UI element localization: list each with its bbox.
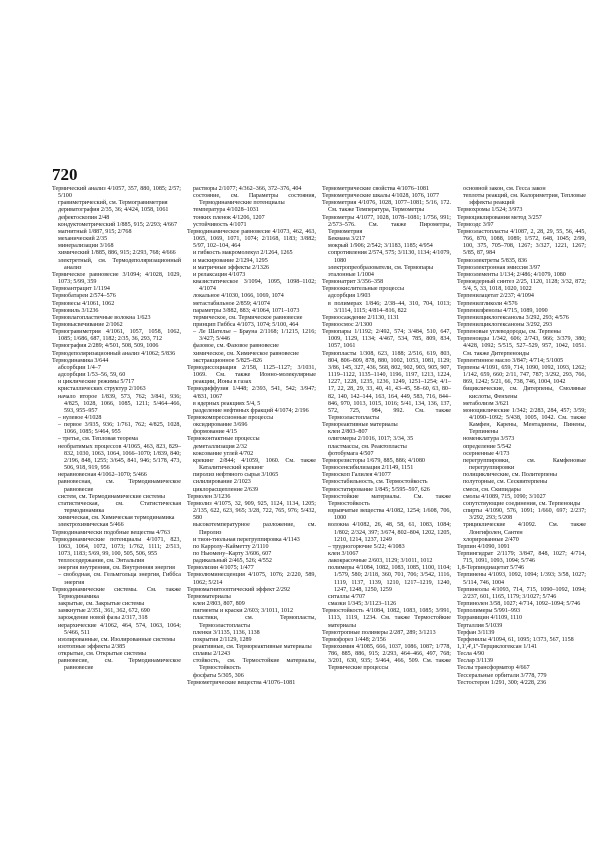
index-subentry: и циклические режимы 5/717: [52, 379, 181, 386]
index-subentry: метаболизм 3/621: [457, 401, 586, 408]
index-column-2: растворы 2/1077; 4/362–366, 372–376, 404…: [187, 186, 316, 687]
index-subentry: клеи 2/803–807: [322, 429, 451, 436]
index-subentry: стойкость, см. Термостойкие материалы, Т…: [187, 658, 316, 672]
index-subentry: – нулевое 4/1028: [52, 415, 181, 422]
index-entry: Термоконтактные процессы: [187, 436, 316, 443]
index-entry: Термодинамические потенциалы 4/1071, 823…: [52, 537, 181, 558]
index-subentry: циклорасщепление 2/639: [187, 487, 316, 494]
index-entry: Теслы трансформатор 4/667: [457, 665, 586, 672]
index-subentry: пигменты и краски 2/603; 3/1011, 1012: [187, 608, 316, 615]
index-entry: Термотропные полимеры 2/287, 289; 3/1213: [322, 630, 451, 637]
index-entry: Терпингидрат 2/1179; 3/847, 848, 1027; 4…: [457, 551, 586, 565]
index-subentry: равновесная, см. Термодинамическое равно…: [52, 479, 181, 493]
index-entry: Термометры 4/1077, 1028, 1078–1081; 1/75…: [322, 215, 451, 236]
index-entry: Термолиз 4/1075, 32, 909, 925, 1124, 113…: [187, 501, 316, 522]
index-subentry: в полимерах 1/846; 2/38–44, 310, 704, 10…: [322, 301, 451, 315]
index-subentry: смолы 4/1089, 715, 1090; 3/1027: [457, 494, 586, 501]
index-entry: Термовесы 4/1061, 1062: [52, 301, 181, 308]
index-entry: Термолен 3/1236: [187, 494, 316, 501]
index-subentry: и тион-тиольная перегруппировка 4/1143: [187, 537, 316, 544]
index-subentry: теплоты реакций, см. Калориметрия, Тепло…: [457, 193, 586, 207]
index-entry: Термоосаждение 2/1130, 1131: [322, 315, 451, 322]
index-entry: 1,8-Терпиндиацетат 5/746: [457, 565, 586, 572]
index-entry: Термодеполяризационный анализ 4/1062; 5/…: [52, 351, 181, 358]
index-entry: Термоэлектреты 5/835, 836: [457, 258, 586, 265]
index-subentry: химическое, см. Химическое равновесие: [187, 351, 316, 358]
index-entry: Термовиль 3/1236: [52, 308, 181, 315]
index-entry: Термоматериалы: [187, 594, 316, 601]
index-entry: Терпенилциклогексанолы 3/292, 293; 4/576: [457, 315, 586, 322]
index-subentry: фотобумага 4/507: [322, 451, 451, 458]
index-entry: Термохимия 4/1085, 666, 1037, 1086, 1087…: [322, 644, 451, 673]
index-subentry: фазовое, см. Фазовое равновесие: [187, 343, 316, 350]
index-entry: Термомагнитооптический эффект 2/292: [187, 587, 316, 594]
index-entry: Термоэлектронная эмиссия 3/97: [457, 265, 586, 272]
index-subentry: коксование углей 4/702: [187, 451, 316, 458]
index-entry: Терпеноиды 1/342, 606; 2/743, 966; 3/379…: [457, 336, 586, 357]
index-subentry: ситаллы 4/707: [322, 594, 451, 601]
index-entry: Терпин 4/1090, 1091: [457, 544, 586, 551]
index-subentry: состояние, см. Параметры состояния, Терм…: [187, 193, 316, 207]
index-subentry: кристаллических структур 2/1063: [52, 386, 181, 393]
index-entry: Терпинены 4/1093, 1092, 1094; 1/393; 3/5…: [457, 572, 586, 586]
index-column-1: Термический анализ 4/1057, 357, 880, 108…: [52, 186, 181, 687]
index-subentry: химический 1/885, 886, 915; 2/293, 768; …: [52, 250, 181, 257]
index-subentry: химическая, см. Химическая термодинамика: [52, 515, 181, 522]
index-subentry: трициклические 4/1092. См. также Лонгифо…: [457, 522, 586, 536]
index-subentry: электретный, см. Термодеполяризационный …: [52, 258, 181, 272]
index-subentry: – третье, см. Тепловая теорема: [52, 436, 181, 443]
index-subentry: сопутствующие соединения, см. Терпеноиды: [457, 501, 586, 508]
index-subentry: смеси, см. Скипидары: [457, 487, 586, 494]
index-subentry: принцип Гиббса 4/1073, 1074; 5/100, 464: [187, 322, 316, 329]
index-subentry: теплосодержание, см. Энтальпия: [52, 558, 181, 565]
index-subentry: покрытия 2/1129, 1289: [187, 637, 316, 644]
index-entry: Терпинеолы 4/1093, 714, 715, 1090–1092, …: [457, 587, 586, 601]
index-subentry: радикальный 2/465, 526; 4/552: [187, 558, 316, 565]
index-subentry: в ядерных реакциях 5/4, 5: [187, 401, 316, 408]
page-number: 720: [52, 165, 78, 185]
index-entry: Термоэлементы 1/134; 2/486; 4/1079, 1080: [457, 272, 586, 279]
index-entry: Тессеральные орбитали 3/778, 779: [457, 673, 586, 680]
index-entry: Термодиссоциация 2/158, 1125–1127; 3/103…: [187, 365, 316, 386]
index-entry: Термоциклирования метод 3/257: [457, 215, 586, 222]
index-entry: Термоэластопласты 4/1087, 2, 28, 29, 55,…: [457, 229, 586, 258]
index-entry: Торрамицин 4/1109, 1110: [457, 615, 586, 622]
index-entry: Термокомпрессионные процессы: [187, 415, 316, 422]
index-entry: Термометрические шкалы 4/1028, 1076, 107…: [322, 193, 451, 200]
index-entry: Термическое равновесие 3/1094; 4/1028, 1…: [52, 272, 181, 286]
index-subentry: температура 4/1028–1031: [187, 207, 316, 214]
index-subentry: и матричные эффекты 2/1326: [187, 265, 316, 272]
index-subentry: пластики, см. Термопласты, Термоэластопл…: [187, 615, 316, 629]
index-subentry: закрытые, см. Закрытые системы: [52, 601, 181, 608]
index-entry: Термопласты 1/308, 623, 1188; 2/516, 619…: [322, 351, 451, 423]
index-subentry: устойчивость 4/1071: [187, 222, 316, 229]
index-subentry: полициклические, см. Политерпены: [457, 472, 586, 479]
index-subentry: абсорбции 1/4–7: [52, 365, 181, 372]
index-subentry: адсорбция 1/903: [322, 293, 451, 300]
index-subentry: экстракционное 5/825–826: [187, 358, 316, 365]
index-subentry: и релаксация 4/1073: [187, 272, 316, 279]
index-entry: Термореактивные материалы: [322, 422, 451, 429]
index-entry: Терпеновые углеводороды, см. Терпены: [457, 329, 586, 336]
index-subentry: пиролиз нефтяного сырья 3/1065: [187, 472, 316, 479]
index-subentry: перегруппировки, см. Камфеновые перегруп…: [457, 458, 586, 472]
index-subentry: систем, см. Термодинамические системы: [52, 494, 181, 501]
index-entry: Тесла 4/90: [457, 651, 586, 658]
index-subentry: реактивные, см. Термореактивные материал…: [187, 644, 316, 651]
index-subentry: клеи 2/803, 807, 809: [187, 601, 316, 608]
index-entry: Термостойкость 4/1084, 1082, 1083, 1085;…: [322, 608, 451, 629]
index-subentry: растворы 2/1077; 4/362–366, 372–376, 404: [187, 186, 316, 193]
index-entry: Терпенилгликоли 4/576: [457, 301, 586, 308]
index-subentry: пленки 3/1135, 1136, 1138: [187, 630, 316, 637]
index-subentry: фосфаты 5/305, 306: [187, 673, 316, 680]
index-subentry: кондуктометрический 1/885, 915; 2/293; 4…: [52, 222, 181, 229]
index-subentry: электропреобразователи, см. Термопары: [322, 265, 451, 272]
index-entry: Термометрические свойства 4/1076–1081: [322, 186, 451, 193]
index-entry: Терпенилацетат 2/237; 4/1094: [457, 293, 586, 300]
index-subentry: сопротивления 2/574, 575; 3/1130, 1134; …: [322, 250, 451, 264]
index-subentry: термическое, см. Термическое равновесие: [187, 315, 316, 322]
index-subentry: квазистатическое 3/1094, 1095, 1098–1102…: [187, 279, 316, 293]
index-subentry: бициклические, см. Дитерпены, Смоляные к…: [457, 386, 586, 400]
index-entry: Термодинамика 3/644: [52, 358, 181, 365]
index-entry: Термодинамически подобные вещества 4/763: [52, 530, 181, 537]
index-subentry: высокотемпературное разложение, см. Пиро…: [187, 522, 316, 536]
index-subentry: разделение нефтяных фракций 4/1074; 2/19…: [187, 408, 316, 415]
index-subentry: открытые, см. Открытые системы: [52, 651, 181, 658]
index-subentry: и гибкость макромолекул 2/1264, 1265: [187, 250, 316, 257]
index-entry: Термобатареи 2/574–576: [52, 293, 181, 300]
index-subentry: равновесие, см. Термодинамическое равнов…: [52, 658, 181, 672]
index-subentry: лакокрасочные 2/603, 1129; 3/1011, 1012: [322, 558, 451, 565]
index-subentry: начало второе 1/839, 573, 762; 3/841, 93…: [52, 394, 181, 415]
index-entry: Терпены 4/1091, 659, 714, 1090, 1092, 10…: [457, 365, 586, 386]
index-entry: Терфенилы 4/1094, 61, 1095; 1/373, 567, …: [457, 637, 586, 644]
index-entry: Терполимеры 5/991–993: [457, 608, 586, 615]
index-subentry: дефектоскопия 2/48: [52, 215, 181, 222]
index-subentry: механический 2/35: [52, 236, 181, 243]
index-column-3: Термометрические свойства 4/1076–1081Тер…: [322, 186, 451, 687]
index-subentry: мокрый 1/906; 2/542; 3/1183, 1185; 4/954: [322, 243, 451, 250]
index-subentry: – свободная, см. Гельмгольца энергия, Ги…: [52, 572, 181, 586]
index-entry: Термолюминесценция 4/1075, 1076; 2/220, …: [187, 572, 316, 586]
index-subentry: статистическая, см. Статистическая термо…: [52, 501, 181, 515]
index-subentry: олигомеры 2/1016, 1017; 3/34, 35: [322, 436, 451, 443]
index-entry: Терпенилциклогексаноны 3/292, 293: [457, 322, 586, 329]
index-entry: Термофорез 1/448; 2/156: [322, 637, 451, 644]
index-subentry: иерархические 4/1062, 464, 574, 1063, 10…: [52, 623, 181, 637]
index-subentry: локальное 4/1030, 1066, 1069, 1074: [187, 293, 316, 300]
index-entry: Терфан 3/1139: [457, 630, 586, 637]
index-subentry: осерненные 4/173: [457, 451, 586, 458]
index-subentry: волокна 4/1082, 26, 48, 58, 61, 1083, 10…: [322, 522, 451, 543]
index-subentry: силилирование 2/1023: [187, 479, 316, 486]
index-entry: Терпентинное масло 3/847; 4/714; 5/1005: [457, 358, 586, 365]
index-subentry: клеи 3/1067: [322, 551, 451, 558]
index-entry: Термодинамическое равновесие 4/1073, 462…: [187, 229, 316, 250]
index-entry: Термоядерный синтез 2/25, 1120, 1128; 3/…: [457, 279, 586, 293]
index-subentry: – первое 3/935, 936; 1/761, 762; 4/825, …: [52, 422, 181, 436]
index-subentry: адсорбции 1/53–56, 59, 60: [52, 372, 181, 379]
index-subentry: зарождение новой фазы 2/317, 318: [52, 615, 181, 622]
index-entry: Термовысвечивание 2/1062: [52, 322, 181, 329]
index-subentry: метастабильное 2/859; 4/1074: [187, 301, 316, 308]
index-subentry: неравновесная 4/1062–1070; 5/466: [52, 472, 181, 479]
index-entry: Термостатирование 1/845; 5/595–597, 626: [322, 487, 451, 494]
index-subentry: спирты 4/1090, 576, 1091; 1/660, 697; 2/…: [457, 508, 586, 522]
index-entry: Термодиффузия 1/448; 2/393, 541, 542; 3/…: [187, 386, 316, 400]
index-subentry: полуторные, см. Сесквитерпены: [457, 479, 586, 486]
index-entry: Термонатрит 3/356–358: [322, 279, 451, 286]
index-entry: Термовлагопластичные волокна 1/623: [52, 315, 181, 322]
index-entry: Терпенилфенолы 4/715, 1089, 1090: [457, 308, 586, 315]
index-subentry: электрохимическая 5/466: [52, 522, 181, 529]
index-entry: Терталлия 5/1039: [457, 623, 586, 630]
index-subentry: параметры 3/882, 883; 4/1064, 1071–1073: [187, 308, 316, 315]
index-subentry: необратимых процессов 4/1065, 463, 823, …: [52, 444, 181, 473]
index-subentry: определение 5/542: [457, 444, 586, 451]
index-subentry: номенклатура 3/573: [457, 436, 586, 443]
index-subentry: изотопные эффекты 2/385: [52, 644, 181, 651]
index-entry: Термосенсибилизация 2/1149, 1151: [322, 465, 451, 472]
index-entry: Термометрия 4/1076, 1028, 1077–1081; 5/1…: [322, 200, 451, 214]
index-subentry: дериватография 2/35, 36; 4/424, 1058, 10…: [52, 207, 181, 214]
index-entry: Термопары 1/1192; 2/492, 574; 3/484, 510…: [322, 329, 451, 350]
index-entry: Термоэдс 3/97: [457, 222, 586, 229]
index-subentry: тонких пленок 4/1206, 1207: [187, 215, 316, 222]
index-entry: Термогравиметрия 4/1061, 1057, 1058, 106…: [52, 329, 181, 343]
index-entry: Термолизин 4/1075; 1/477: [187, 565, 316, 572]
index-entry: Термодинамические системы. См. также Тер…: [52, 587, 181, 601]
index-column-4: основной закон, см. Гесса законтеплоты р…: [457, 186, 586, 687]
index-subentry: полимеры 4/1084, 1082, 1083, 1085, 1100,…: [322, 565, 451, 594]
index-entry: Термостабильность, см. Термостойкость: [322, 479, 451, 486]
index-subentry: деметаллизация 2/32: [187, 444, 316, 451]
index-entry: Терпинолен 3/58, 1027; 4/714, 1092–1094;…: [457, 601, 586, 608]
index-subentry: – трудногорючие 5/22; 4/1083: [322, 544, 451, 551]
index-entry: Термостойкие материалы. См. также Термос…: [322, 494, 451, 508]
index-subentry: крекинг 2/844; 4/1059, 1060. См. также К…: [187, 458, 316, 472]
index-subentry: формование 4/15: [187, 429, 316, 436]
index-subentry: – Ле Шателье – Брауна 2/1168; 1/1215, 12…: [187, 329, 316, 343]
index-entry: Термометрические вещества 4/1076–1081: [187, 680, 316, 687]
index-subentry: хлорированные 2/470: [457, 537, 586, 544]
index-entry: Тестостерон 1/291, 300; 4/228, 236: [457, 680, 586, 687]
index-subentry: и маскирование 2/1294, 1295: [187, 258, 316, 265]
index-entry: Термография 2/289; 4/501, 508, 509, 1006: [52, 343, 181, 350]
index-entry: Термоосмос 2/1300: [322, 322, 451, 329]
index-columns: Термический анализ 4/1057, 357, 880, 108…: [52, 186, 592, 687]
index-subentry: эталонные 1/1004: [322, 272, 451, 279]
index-entry: 1,1',4',1''-Терциклогексан 1/141: [457, 644, 586, 651]
index-entry: Термохромы 1/524; 3/973: [457, 207, 586, 214]
index-subentry: взрывчатые вещества 4/1082, 1254; 1/608,…: [322, 508, 451, 522]
index-entry: Термический анализ 4/1057, 357, 880, 108…: [52, 186, 181, 200]
index-subentry: моноциклические 1/342; 2/283, 284, 457; …: [457, 408, 586, 437]
index-subentry: по Карролу–Кайметту 2/1110: [187, 544, 316, 551]
index-subentry: изолированные, см. Изолированные системы: [52, 637, 181, 644]
index-subentry: пластмассы, см. Реактопласты: [322, 444, 451, 451]
